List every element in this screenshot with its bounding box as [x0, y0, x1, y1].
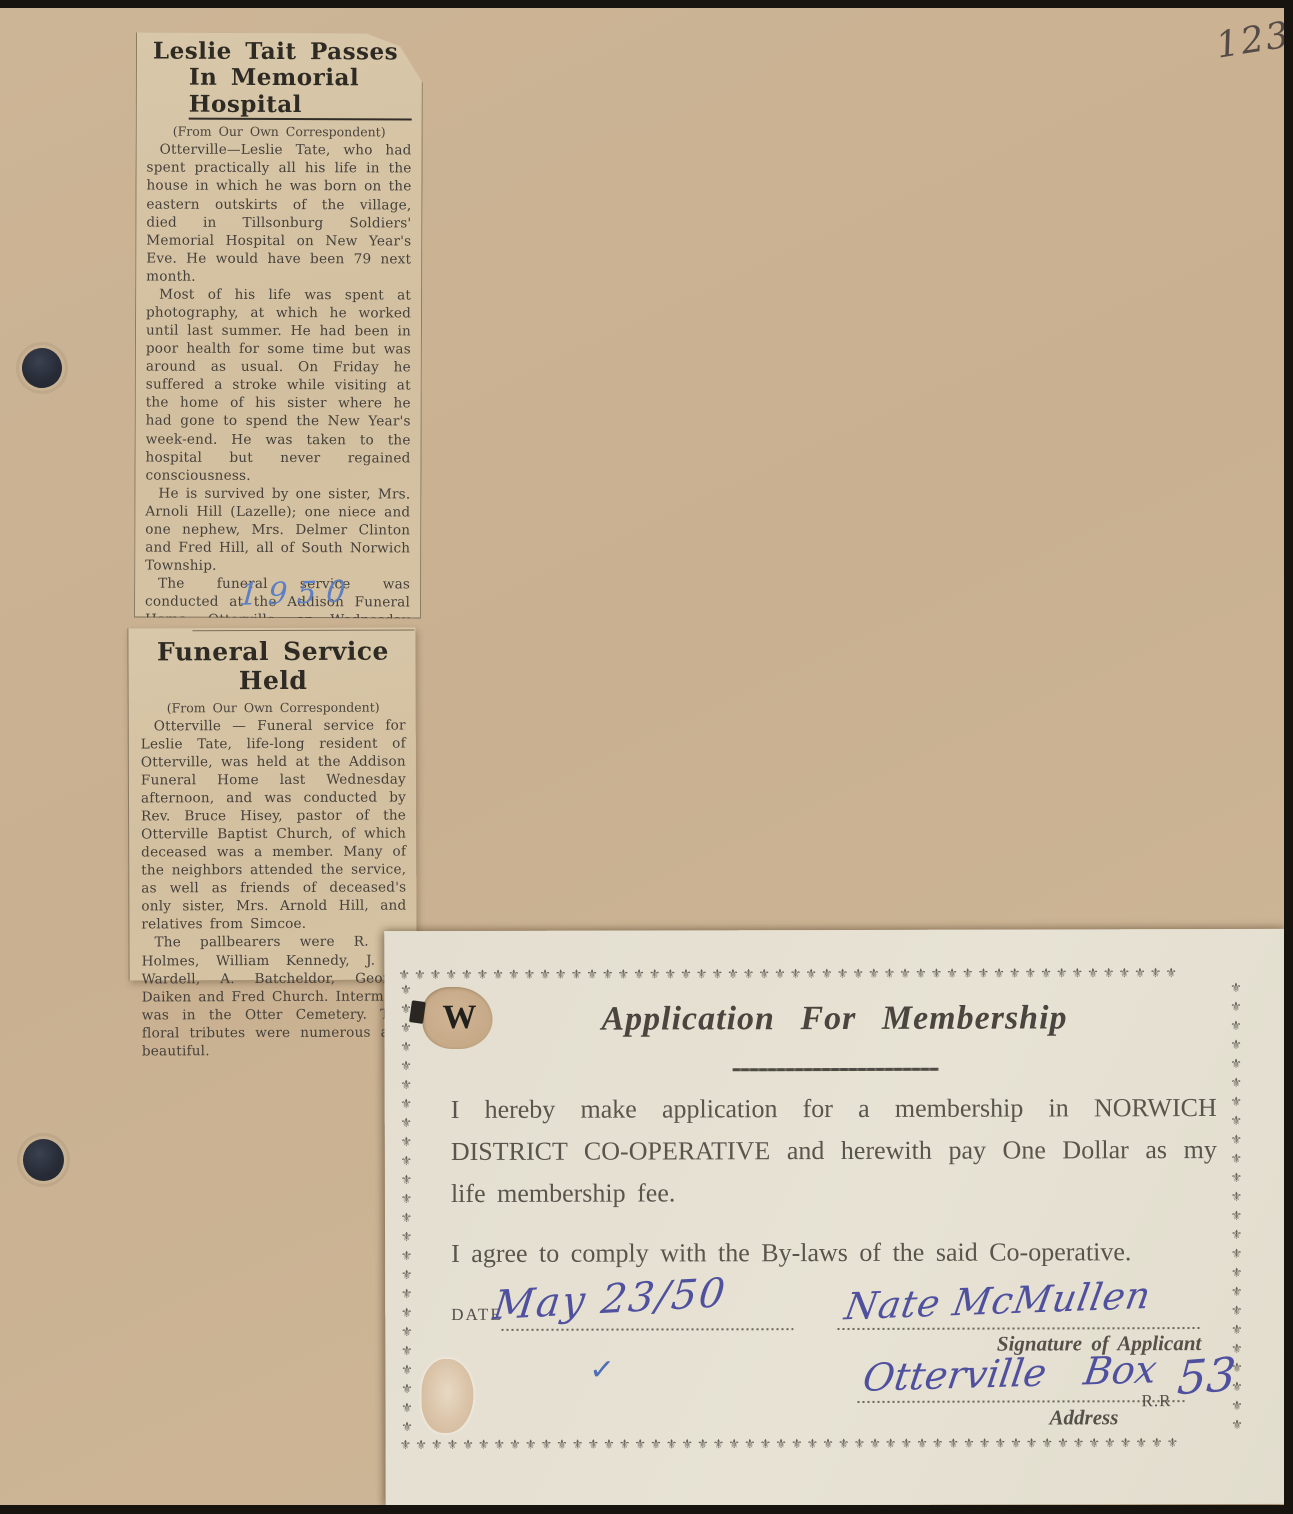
clipping-funeral-service: Funeral Service Held (From Our Own Corre…	[127, 627, 416, 980]
photo-edge-top	[0, 0, 1293, 8]
checkmark-icon: ✓	[588, 1352, 615, 1389]
address-field-label: Address	[1049, 1405, 1118, 1430]
form-paragraph-membership: I hereby make application for a membersh…	[451, 1087, 1217, 1215]
funeral-byline: (From Our Own Correspondent)	[141, 699, 406, 715]
handwritten-address: Otterville Box	[860, 1347, 1159, 1400]
obituary-paragraph: Otterville—Leslie Tate, who had spent pr…	[146, 141, 412, 287]
handwritten-page-number: 123	[1213, 14, 1293, 66]
torn-glue-spot	[421, 1359, 473, 1433]
funeral-headline: Funeral Service Held	[140, 638, 405, 696]
form-paragraph-bylaws: I agree to comply with the By-laws of th…	[451, 1231, 1217, 1275]
handwritten-year: 1950	[238, 574, 357, 613]
photo-edge-right	[1284, 0, 1293, 1514]
funeral-body: Otterville — Funeral service for Leslie …	[141, 716, 407, 1060]
clipping-obituary: Leslie Tait Passes In Memorial Hospital …	[134, 33, 423, 619]
funeral-paragraph: Otterville — Funeral service for Leslie …	[141, 716, 407, 934]
handwritten-date: May 23/50	[491, 1270, 730, 1329]
obituary-paragraph: He is survived by one sister, Mrs. Arnol…	[145, 484, 410, 575]
rural-route-label: R.R	[1141, 1391, 1171, 1411]
handwritten-rural-route-number: 53	[1176, 1347, 1238, 1406]
date-field-line	[501, 1328, 793, 1331]
clipping-top-rule	[192, 630, 414, 632]
signature-field-line	[837, 1327, 1201, 1330]
photo-edge-bottom	[0, 1505, 1293, 1514]
form-title: Application For Membership	[384, 999, 1284, 1039]
ornament-border-top: ⚜⚜⚜⚜⚜⚜⚜⚜⚜⚜⚜⚜⚜⚜⚜⚜⚜⚜⚜⚜⚜⚜⚜⚜⚜⚜⚜⚜⚜⚜⚜⚜⚜⚜⚜⚜⚜⚜⚜⚜…	[398, 965, 1244, 985]
punch-hole-top	[18, 344, 65, 391]
ornament-border-left: ⚜⚜⚜⚜⚜⚜⚜⚜⚜⚜⚜⚜⚜⚜⚜⚜⚜⚜⚜⚜⚜⚜⚜⚜⚜⚜⚜	[396, 983, 415, 1435]
punch-hole-bottom	[23, 1139, 64, 1181]
title-underline	[733, 1068, 939, 1072]
handwritten-signature: Nate McMullen	[842, 1274, 1155, 1329]
obituary-byline: (From Our Own Correspondent)	[147, 124, 412, 140]
ornament-border-bottom: ⚜⚜⚜⚜⚜⚜⚜⚜⚜⚜⚜⚜⚜⚜⚜⚜⚜⚜⚜⚜⚜⚜⚜⚜⚜⚜⚜⚜⚜⚜⚜⚜⚜⚜⚜⚜⚜⚜⚜⚜…	[400, 1435, 1246, 1455]
membership-application-form: ⚜⚜⚜⚜⚜⚜⚜⚜⚜⚜⚜⚜⚜⚜⚜⚜⚜⚜⚜⚜⚜⚜⚜⚜⚜⚜⚜⚜⚜⚜⚜⚜⚜⚜⚜⚜⚜⚜⚜⚜…	[384, 929, 1286, 1506]
obituary-headline-line2: In Memorial Hospital	[189, 65, 412, 121]
funeral-paragraph: The pallbearers were R. M. Holmes, Willi…	[141, 933, 406, 1060]
obituary-paragraph: Most of his life was spent at photograph…	[145, 285, 411, 485]
obituary-headline-line1: Leslie Tait Passes	[153, 39, 412, 66]
address-field-line	[857, 1400, 1187, 1403]
